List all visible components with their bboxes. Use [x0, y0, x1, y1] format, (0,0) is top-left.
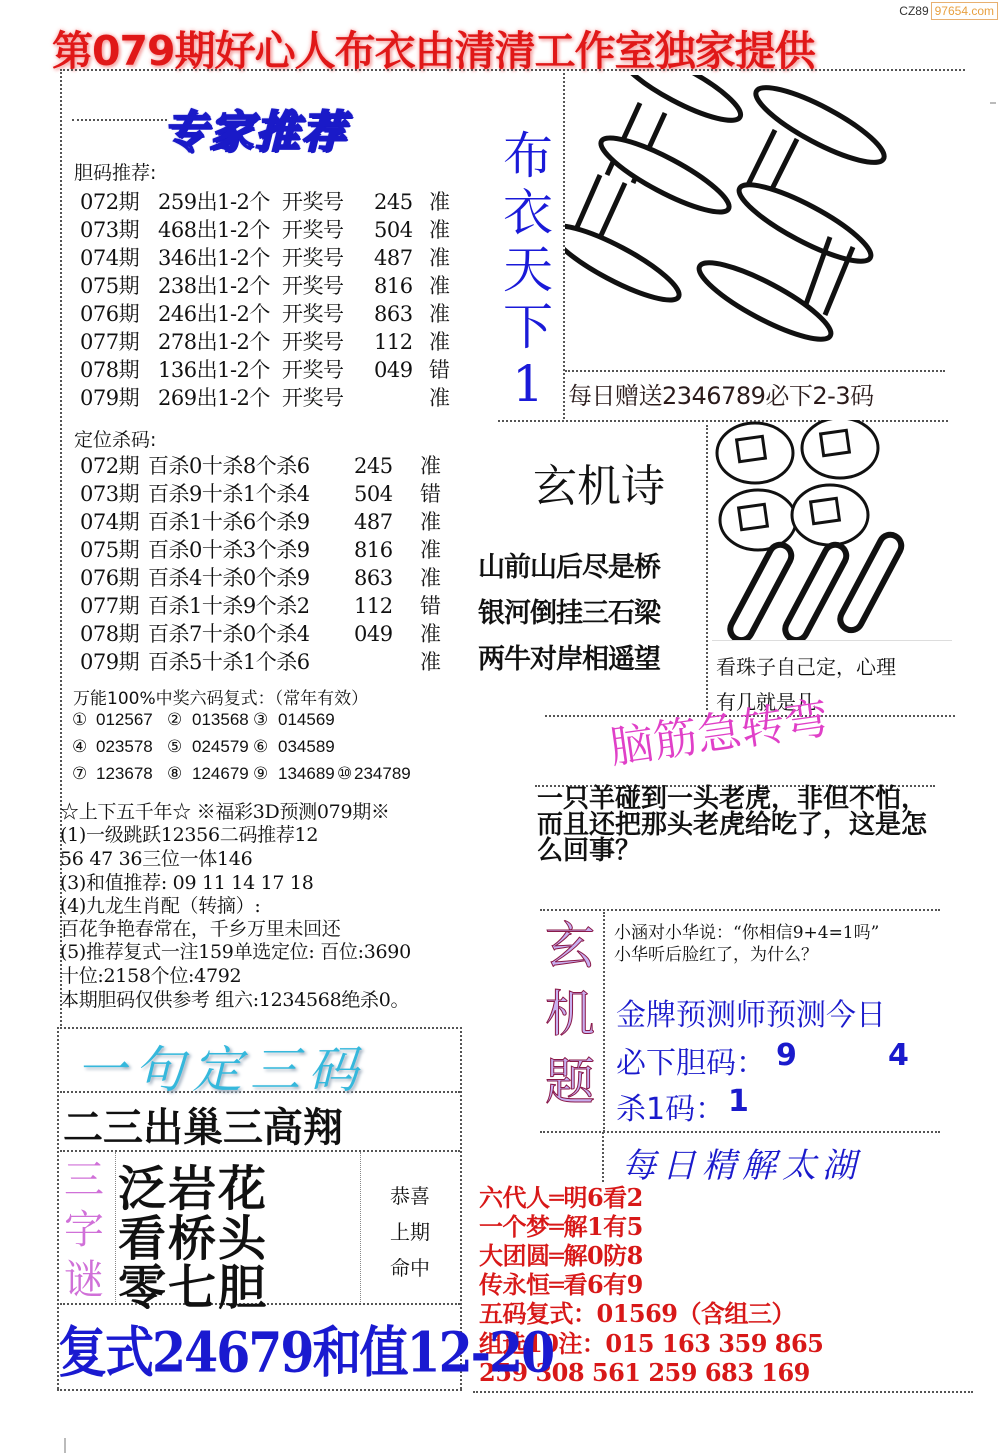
- pick: 136出1-2个: [158, 356, 270, 384]
- poem-title: 玄机诗: [533, 450, 665, 514]
- xuanji-top-rule: [540, 909, 940, 911]
- page-edge-mark-right: [990, 102, 996, 104]
- pick: 百杀1十杀9个杀2: [148, 592, 310, 620]
- kill-code-value: 1: [728, 1084, 749, 1119]
- period: 079期: [80, 384, 139, 412]
- xuanji-question-line: 小华听后脸红了，为什么？: [614, 940, 818, 965]
- draw-result: 487: [354, 508, 393, 536]
- taihu-line: 大团圆═解0防8: [479, 1242, 643, 1270]
- kill-code-label: 杀1码：: [616, 1084, 725, 1128]
- vertical-char: 下: [497, 299, 559, 356]
- draw-label: 开奖号: [282, 244, 344, 272]
- index: ⑦: [72, 764, 87, 784]
- kill-label: 定位杀码:: [74, 425, 156, 452]
- period: 075期: [80, 272, 139, 300]
- draw-result: 245: [374, 188, 413, 216]
- combo: 013568: [192, 710, 249, 730]
- draw-result: 504: [354, 480, 393, 508]
- status: 错: [429, 356, 450, 384]
- forecast-line: 十位:2158个位:4792: [60, 961, 241, 988]
- status: 准: [429, 188, 450, 216]
- vertical-char: 谜: [62, 1255, 106, 1305]
- brain-teaser-text: 一只羊碰到一头老虎，非但不怕，而且还把那头老虎给吃了，这是怎么回事？: [537, 786, 927, 864]
- page-edge-mark: [64, 1438, 66, 1453]
- taihu-title: 每日精解太湖: [622, 1138, 862, 1187]
- draw-result: 049: [354, 620, 393, 648]
- poem-line: 山前山后尽是桥: [478, 545, 660, 584]
- gold-predictor-title: 金牌预测师预测今日: [616, 990, 886, 1034]
- draw-label: 开奖号: [282, 272, 344, 300]
- status: 准: [420, 564, 441, 592]
- must-dan-value: 9: [776, 1038, 797, 1073]
- vertical-char: 玄: [540, 912, 600, 980]
- status: 准: [429, 272, 450, 300]
- period: 072期: [80, 452, 139, 480]
- gift-banner: 每日赠送2346789必下2-3码: [568, 376, 874, 411]
- status: 错: [420, 592, 441, 620]
- bead-hint-line: 看珠子自己定，心理: [716, 651, 896, 680]
- taihu-bottom-rule: [473, 1391, 973, 1393]
- vertical-char: 三: [62, 1155, 106, 1205]
- draw-result: 504: [374, 216, 413, 244]
- draw-result: 112: [354, 592, 393, 620]
- combo: 024579: [192, 737, 249, 757]
- vertical-char: 布: [497, 128, 559, 185]
- poem-line: 两牛对岸相遥望: [478, 637, 660, 676]
- draw-result: 863: [374, 300, 413, 328]
- riddle-label-vertical: 三 字 谜: [62, 1155, 106, 1305]
- pick: 278出1-2个: [158, 328, 270, 356]
- draw-label: 开奖号: [282, 356, 344, 384]
- index: ⑧: [167, 764, 182, 784]
- pick: 259出1-2个: [158, 188, 270, 216]
- period: 074期: [80, 508, 139, 536]
- combo: 134689: [278, 764, 335, 784]
- status: 准: [420, 452, 441, 480]
- period: 072期: [80, 188, 139, 216]
- must-dan-label: 必下胆码：: [616, 1038, 766, 1082]
- status: 错: [420, 480, 441, 508]
- riddle-label-divider: [115, 1152, 116, 1302]
- index: ⑤: [167, 737, 182, 757]
- period: 075期: [80, 536, 139, 564]
- taihu-line: 传永恒═看6有9: [479, 1271, 643, 1299]
- draw-result: 816: [374, 272, 413, 300]
- period: 076期: [80, 564, 139, 592]
- draw-result: 487: [374, 244, 413, 272]
- pick: 238出1-2个: [158, 272, 270, 300]
- pick: 468出1-2个: [158, 216, 270, 244]
- xuanji-vertical-title: 玄 机 题: [540, 912, 600, 1116]
- brain-teaser-title: 脑筋急转弯: [605, 682, 832, 776]
- draw-result: 245: [354, 452, 393, 480]
- period: 078期: [80, 356, 139, 384]
- pick: 百杀1十杀6个杀9: [148, 508, 310, 536]
- index: ④: [72, 737, 87, 757]
- pick: 百杀5十杀1个杀6: [148, 648, 310, 676]
- period: 073期: [80, 480, 139, 508]
- pick: 百杀0十杀8个杀6: [148, 452, 310, 480]
- vertical-char: 天: [497, 242, 559, 299]
- forecast-line: 56 47 36三位一体146: [60, 844, 252, 871]
- draw-label: 开奖号: [282, 188, 344, 216]
- draw-result: 049: [374, 356, 413, 384]
- combo: 014569: [278, 710, 335, 730]
- one-sentence-phrase: 二三出巢三高翔: [63, 1096, 343, 1153]
- period: 073期: [80, 216, 139, 244]
- draw-result: 816: [354, 536, 393, 564]
- vertical-number: 1: [497, 356, 559, 413]
- period: 077期: [80, 328, 139, 356]
- pick: 百杀4十杀0个杀9: [148, 564, 310, 592]
- period: 079期: [80, 648, 139, 676]
- forecast-line: (1)一级跳跃12356二码推荐12: [60, 820, 318, 847]
- draw-result: 112: [374, 328, 413, 356]
- congrats-line: 命中: [380, 1250, 440, 1286]
- pick: 百杀7十杀0个杀4: [148, 620, 310, 648]
- combo: 034589: [278, 737, 335, 757]
- taihu-line: 六代人═明6看2: [479, 1184, 643, 1212]
- bead-divider: [706, 425, 708, 710]
- poem-line: 银河倒挂三石梁: [478, 591, 660, 630]
- draw-result: 863: [354, 564, 393, 592]
- gift-top-rule: [565, 370, 945, 372]
- congrats-divider: [360, 1152, 361, 1302]
- status: 准: [420, 620, 441, 648]
- pick: 百杀9十杀1个杀4: [148, 480, 310, 508]
- bead-hint-rule: [712, 640, 952, 641]
- vertical-char: 机: [540, 980, 600, 1048]
- index: ⑩: [337, 764, 352, 784]
- draw-label: 开奖号: [282, 328, 344, 356]
- frame-top-divider: [60, 69, 965, 71]
- compound-title: 万能100%中奖六码复式：（常年有效）: [73, 684, 368, 709]
- period: 074期: [80, 244, 139, 272]
- period: 076期: [80, 300, 139, 328]
- pick: 百杀0十杀3个杀9: [148, 536, 310, 564]
- must-dan-value: 4: [888, 1038, 909, 1073]
- expert-title-rule: [72, 119, 167, 121]
- status: 准: [420, 648, 441, 676]
- combo: 124679: [192, 764, 249, 784]
- status: 准: [420, 536, 441, 564]
- vertical-char: 衣: [497, 185, 559, 242]
- draw-label: 开奖号: [282, 216, 344, 244]
- period: 078期: [80, 620, 139, 648]
- congrats-line: 上期: [380, 1214, 440, 1250]
- sentence-top-rule: [57, 1027, 462, 1029]
- status: 准: [429, 328, 450, 356]
- vertical-char: 题: [540, 1048, 600, 1116]
- draw-label: 开奖号: [282, 384, 344, 412]
- forecast-line: 本期胆码仅供参考 组六:1234568绝杀0。: [60, 985, 409, 1012]
- pick: 269出1-2个: [158, 384, 270, 412]
- combo: 234789: [354, 764, 411, 784]
- combo: 012567: [96, 710, 153, 730]
- expert-title: 专家推荐: [163, 96, 347, 160]
- sentence-bottom-rule: [57, 1389, 462, 1391]
- vertical-char: 字: [62, 1205, 106, 1255]
- forecast-line: (5)推荐复式一注159单选定位: 百位:3690: [60, 937, 411, 964]
- xuanji-divider: [603, 912, 605, 1132]
- pick: 246出1-2个: [158, 300, 270, 328]
- riddle-line: 零七胆: [118, 1249, 268, 1318]
- index: ③: [253, 710, 268, 730]
- coins-bars-illustration: [710, 420, 950, 640]
- one-sentence-title: 一句定三码: [76, 1030, 366, 1102]
- status: 准: [429, 300, 450, 328]
- buyi-vertical-title: 布 衣 天 下 1: [497, 128, 559, 413]
- status: 准: [429, 216, 450, 244]
- xuanji-bottom-rule: [540, 1131, 940, 1133]
- roller-digits-illustration: [565, 75, 965, 370]
- dan-label: 胆码推荐:: [74, 158, 156, 185]
- taihu-divider: [602, 1132, 604, 1182]
- status: 准: [429, 244, 450, 272]
- congrats-line: 恭喜: [380, 1178, 440, 1214]
- combo: 123678: [96, 764, 153, 784]
- compound-sum-banner: 复式24679和值12-20: [58, 1310, 553, 1388]
- combo: 023578: [96, 737, 153, 757]
- index: ②: [167, 710, 182, 730]
- index: ⑨: [253, 764, 268, 784]
- index: ①: [72, 710, 87, 730]
- status: 准: [429, 384, 450, 412]
- pick: 346出1-2个: [158, 244, 270, 272]
- congrats-note: 恭喜 上期 命中: [380, 1178, 440, 1286]
- watermark-prefix: CZ89: [899, 4, 928, 18]
- draw-label: 开奖号: [282, 300, 344, 328]
- period: 077期: [80, 592, 139, 620]
- status: 准: [420, 508, 441, 536]
- taihu-line: 一个梦═解1有5: [479, 1213, 643, 1241]
- index: ⑥: [253, 737, 268, 757]
